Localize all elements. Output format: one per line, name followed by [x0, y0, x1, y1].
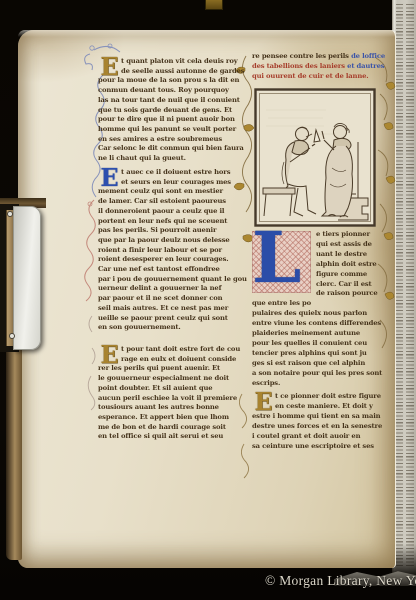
chapter-miniature [254, 88, 376, 228]
binding-clip-plate [13, 206, 41, 350]
miniature-drawing [254, 88, 376, 228]
lead-text: re pensee contre les perils [252, 52, 351, 60]
column-lead-line: re pensee contre les perils de loffice [252, 52, 393, 62]
paragraph: Et ce pionner doit estre figure en ceste… [252, 392, 393, 451]
rubric-segment: des tabellions des laniers [252, 62, 347, 70]
photo-backdrop: Et quant platon vit cela deuis roy de se… [0, 0, 416, 600]
rubric-segment: qui ouurent de cuir et de lanne. [252, 72, 369, 80]
clip-screw [7, 211, 13, 217]
rubric-line: qui ouurent de cuir et de lanne. [252, 72, 393, 82]
illuminated-initial-L: L [252, 231, 311, 293]
facing-page-text-column [396, 4, 403, 568]
paragraph: Et quant platon vit cela deuis roy de se… [98, 57, 252, 164]
facing-page-text-column [406, 4, 414, 568]
bench [263, 188, 295, 194]
rubric-segment: et dautres [347, 62, 384, 70]
illuminated-initial: E [98, 168, 121, 187]
right-text-column: re pensee contre les perils de loffice d… [252, 52, 393, 82]
paragraph: Et pour tant doit estre fort de cou rage… [98, 345, 252, 442]
rubric-segment: de loffice [351, 52, 385, 60]
copyright-caption: © Morgan Library, New York [265, 573, 416, 589]
illuminated-initial: E [98, 345, 121, 364]
clip-screw [9, 333, 15, 339]
page-top-edge [18, 30, 395, 37]
paragraph: L e tiers pionner qui est assis de uant … [252, 230, 393, 389]
gutter-page-edges [6, 348, 22, 560]
paragraph: Et auec ce il doiuent estre hors et seur… [98, 168, 252, 333]
rubric-line: des tabellions des laniers et dautres [252, 62, 393, 72]
initial-letter: L [252, 225, 301, 291]
paragraph-text: t auec ce il doiuent estre hors et seurs… [98, 168, 247, 331]
manuscript-page: Et quant platon vit cela deuis roy de se… [18, 30, 396, 568]
illuminated-initial: E [98, 57, 121, 76]
illuminated-initial: E [252, 392, 275, 411]
bookmark-tab [205, 0, 223, 10]
